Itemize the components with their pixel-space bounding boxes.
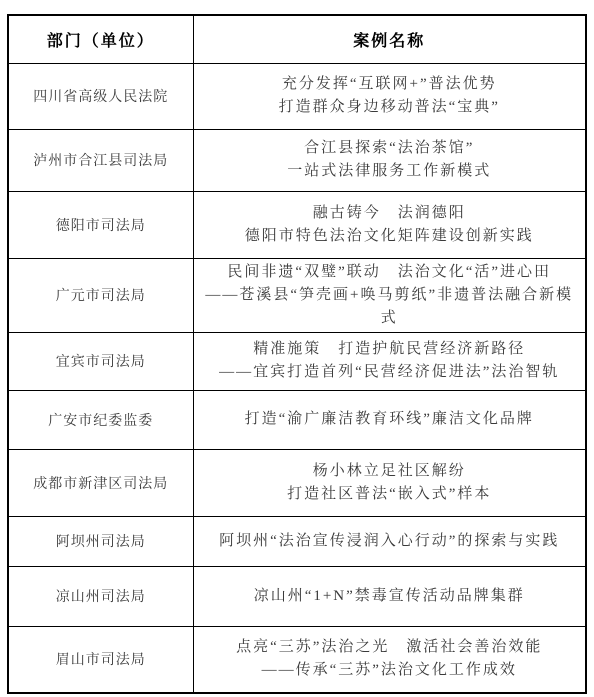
case-name-cell: 精准施策 打造护航民营经济新路径——宜宾打造首列“民营经济促进法”法治智轨 bbox=[193, 332, 586, 390]
document-page: 部门（单位） 案例名称 四川省高级人民法院 充分发挥“互联网+”普法优势打造群众… bbox=[0, 0, 594, 697]
case-name-cell: 民间非遗“双璧”联动 法治文化“活”进心田——苍溪县“笋壳画+唤马剪纸”非遗普法… bbox=[193, 258, 586, 332]
table-row: 凉山州司法局 凉山州“1+N”禁毒宣传活动品牌集群 bbox=[8, 566, 586, 626]
case-name-cell: 充分发挥“互联网+”普法优势打造群众身边移动普法“宝典” bbox=[193, 63, 586, 129]
case-name-line: ——传承“三苏”法治文化工作成效 bbox=[203, 659, 577, 682]
case-name-line: 打造群众身边移动普法“宝典” bbox=[203, 96, 577, 119]
table-row: 眉山市司法局 点亮“三苏”法治之光 激活社会善治效能——传承“三苏”法治文化工作… bbox=[8, 626, 586, 693]
table-row: 宜宾市司法局 精准施策 打造护航民营经济新路径——宜宾打造首列“民营经济促进法”… bbox=[8, 332, 586, 390]
cases-table: 部门（单位） 案例名称 四川省高级人民法院 充分发挥“互联网+”普法优势打造群众… bbox=[7, 14, 587, 694]
table-row: 广安市纪委监委 打造“渝广廉洁教育环线”廉洁文化品牌 bbox=[8, 390, 586, 449]
case-name-cell: 杨小林立足社区解纷打造社区普法“嵌入式”样本 bbox=[193, 449, 586, 516]
department-cell: 凉山州司法局 bbox=[8, 566, 193, 626]
case-name-line: 德阳市特色法治文化矩阵建设创新实践 bbox=[203, 225, 577, 248]
case-name-line: 一站式法律服务工作新模式 bbox=[203, 160, 577, 183]
department-cell: 眉山市司法局 bbox=[8, 626, 193, 693]
department-cell: 广元市司法局 bbox=[8, 258, 193, 332]
case-name-line: 凉山州“1+N”禁毒宣传活动品牌集群 bbox=[203, 585, 577, 608]
department-cell: 成都市新津区司法局 bbox=[8, 449, 193, 516]
case-name-line: ——苍溪县“笋壳画+唤马剪纸”非遗普法融合新模式 bbox=[203, 284, 577, 330]
case-name-cell: 合江县探索“法治茶馆”一站式法律服务工作新模式 bbox=[193, 129, 586, 191]
department-cell: 广安市纪委监委 bbox=[8, 390, 193, 449]
case-name-line: 打造社区普法“嵌入式”样本 bbox=[203, 483, 577, 506]
case-name-cell: 阿坝州“法治宣传浸润入心行动”的探索与实践 bbox=[193, 516, 586, 566]
col-header-department: 部门（单位） bbox=[8, 15, 193, 63]
department-cell: 泸州市合江县司法局 bbox=[8, 129, 193, 191]
case-name-line: 杨小林立足社区解纷 bbox=[203, 460, 577, 483]
table-row: 德阳市司法局 融古铸今 法润德阳德阳市特色法治文化矩阵建设创新实践 bbox=[8, 191, 586, 258]
table-row: 泸州市合江县司法局 合江县探索“法治茶馆”一站式法律服务工作新模式 bbox=[8, 129, 586, 191]
case-name-cell: 打造“渝广廉洁教育环线”廉洁文化品牌 bbox=[193, 390, 586, 449]
case-name-line: 合江县探索“法治茶馆” bbox=[203, 137, 577, 160]
department-cell: 宜宾市司法局 bbox=[8, 332, 193, 390]
case-name-line: 融古铸今 法润德阳 bbox=[203, 202, 577, 225]
case-name-line: 打造“渝广廉洁教育环线”廉洁文化品牌 bbox=[203, 408, 577, 431]
table-row: 广元市司法局 民间非遗“双璧”联动 法治文化“活”进心田——苍溪县“笋壳画+唤马… bbox=[8, 258, 586, 332]
case-name-line: 阿坝州“法治宣传浸润入心行动”的探索与实践 bbox=[203, 530, 577, 553]
case-name-line: 民间非遗“双璧”联动 法治文化“活”进心田 bbox=[203, 261, 577, 284]
case-name-line: 点亮“三苏”法治之光 激活社会善治效能 bbox=[203, 636, 577, 659]
col-header-case-name: 案例名称 bbox=[193, 15, 586, 63]
table-row: 阿坝州司法局 阿坝州“法治宣传浸润入心行动”的探索与实践 bbox=[8, 516, 586, 566]
table-row: 四川省高级人民法院 充分发挥“互联网+”普法优势打造群众身边移动普法“宝典” bbox=[8, 63, 586, 129]
case-name-cell: 点亮“三苏”法治之光 激活社会善治效能——传承“三苏”法治文化工作成效 bbox=[193, 626, 586, 693]
case-name-cell: 融古铸今 法润德阳德阳市特色法治文化矩阵建设创新实践 bbox=[193, 191, 586, 258]
case-name-line: 充分发挥“互联网+”普法优势 bbox=[203, 73, 577, 96]
case-name-cell: 凉山州“1+N”禁毒宣传活动品牌集群 bbox=[193, 566, 586, 626]
case-name-line: ——宜宾打造首列“民营经济促进法”法治智轨 bbox=[203, 361, 577, 384]
department-cell: 四川省高级人民法院 bbox=[8, 63, 193, 129]
table-row: 成都市新津区司法局 杨小林立足社区解纷打造社区普法“嵌入式”样本 bbox=[8, 449, 586, 516]
case-name-line: 精准施策 打造护航民营经济新路径 bbox=[203, 338, 577, 361]
department-cell: 阿坝州司法局 bbox=[8, 516, 193, 566]
department-cell: 德阳市司法局 bbox=[8, 191, 193, 258]
header-row: 部门（单位） 案例名称 bbox=[8, 15, 586, 63]
